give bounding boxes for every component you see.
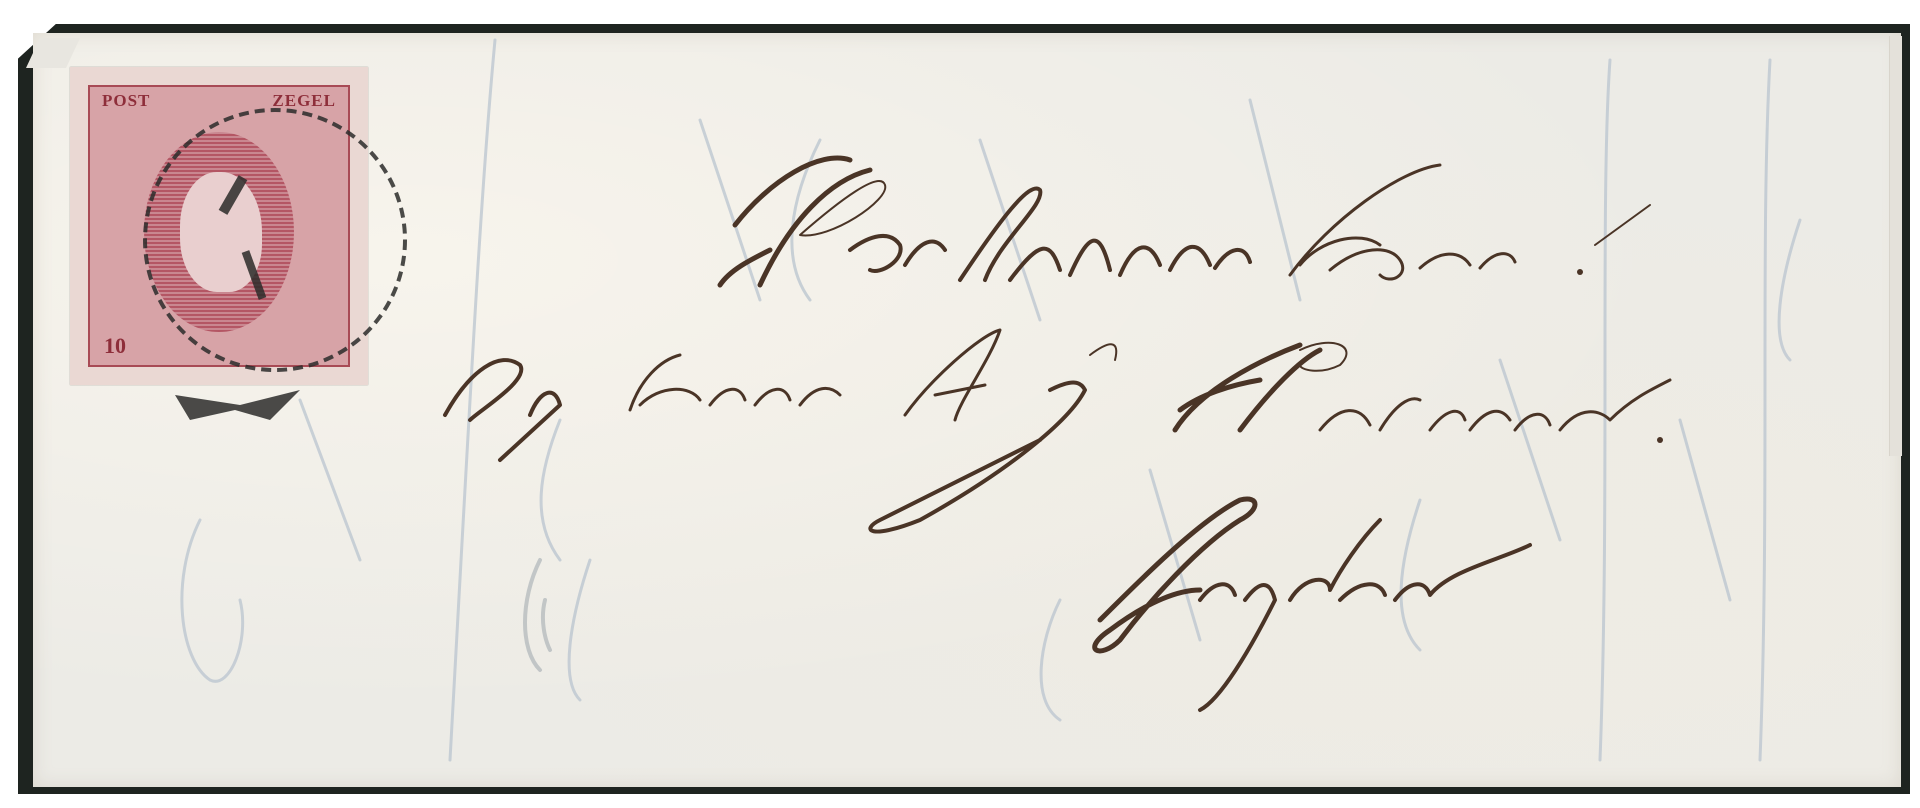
handwritten-address xyxy=(0,0,1920,808)
